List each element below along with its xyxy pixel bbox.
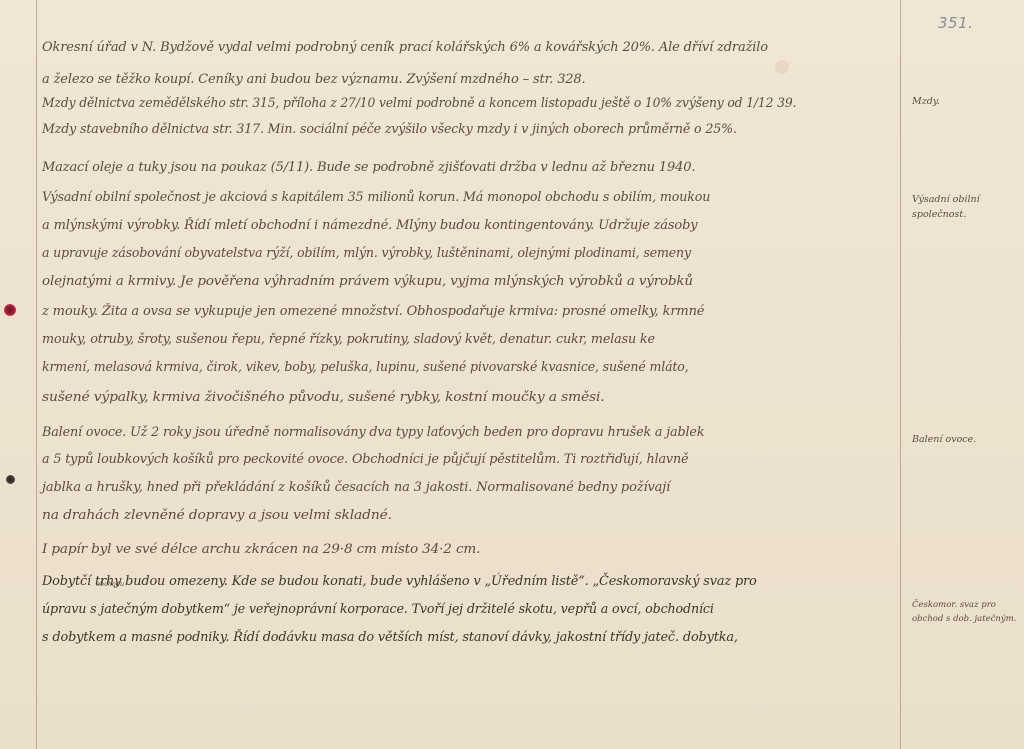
text-line-3: Mzdy dělnictva zemědělského str. 315, př… (42, 96, 796, 111)
binding-hole (6, 475, 15, 484)
text-line-19: Dobytčí trhy budou omezeny. Kde se budou… (42, 574, 757, 589)
binding-hole-red-wax (4, 304, 16, 316)
text-line-7: a mlýnskými výrobky. Řídí mletí obchodní… (42, 218, 697, 233)
text-line-1: Okresní úřad v N. Bydžově vydal velmi po… (42, 40, 768, 55)
text-line-6: Výsadní obilní společnost je akciová s k… (42, 190, 710, 205)
text-line-15: a 5 typů loubkových košíků pro peckovité… (42, 452, 688, 467)
text-line-14: Balení ovoce. Už 2 roky jsou úředně norm… (42, 425, 704, 440)
text-line-20: úpravu s jatečným dobytkem“ je veřejnopr… (42, 602, 714, 617)
interlinear-insertion: obchodu (96, 580, 124, 588)
page-number: 351. (938, 14, 973, 32)
manuscript-page: 351. Okresní úřad v N. Bydžově vydal vel… (0, 0, 1024, 749)
margin-note-line: Výsadní obilní (912, 192, 1020, 207)
text-line-21: s dobytkem a masné podniky. Řídí dodávku… (42, 630, 738, 645)
margin-note-line: společnost. (912, 207, 1020, 222)
text-line-10: z mouky. Žita a ovsa se vykupuje jen ome… (42, 304, 704, 319)
text-line-18: I papír byl ve své délce archu zkrácen n… (42, 542, 480, 557)
text-line-8: a upravuje zásobování obyvatelstva rýží,… (42, 246, 691, 261)
text-line-4: Mzdy stavebního dělnictva str. 317. Min.… (42, 122, 737, 137)
margin-note-line: Českomor. svaz pro (912, 598, 1020, 612)
text-line-11: mouky, otruby, šroty, sušenou řepu, řepn… (42, 332, 655, 347)
margin-note-baleni-ovoce: Balení ovoce. (912, 432, 1020, 447)
text-line-16: jablka a hrušky, hned při překládání z k… (42, 480, 670, 495)
left-margin-rule (36, 0, 37, 749)
text-line-17: na drahách zlevněné dopravy a jsou velmi… (42, 508, 392, 523)
paper-stain (775, 60, 789, 74)
right-margin-rule (900, 0, 901, 749)
margin-note-obilni-spolecnost: Výsadní obilní společnost. (912, 192, 1020, 222)
margin-note-line: obchod s dob. jatečným. (912, 612, 1020, 626)
margin-note-svaz: Českomor. svaz pro obchod s dob. jatečný… (912, 598, 1020, 626)
text-line-13: sušené výpalky, krmiva živočišného původ… (42, 390, 605, 405)
text-line-12: krmení, melasová krmiva, čirok, vikev, b… (42, 360, 689, 375)
margin-note-line: Balení ovoce. (912, 432, 1020, 447)
text-line-2: a železo se těžko koupí. Ceníky ani budo… (42, 72, 586, 87)
margin-note-mzdy: Mzdy. (912, 94, 1020, 109)
margin-note-line: Mzdy. (912, 94, 1020, 109)
text-line-9: olejnatými a krmivy. Je pověřena výhradn… (42, 274, 693, 289)
text-line-5: Mazací oleje a tuky jsou na poukaz (5/11… (42, 160, 695, 175)
